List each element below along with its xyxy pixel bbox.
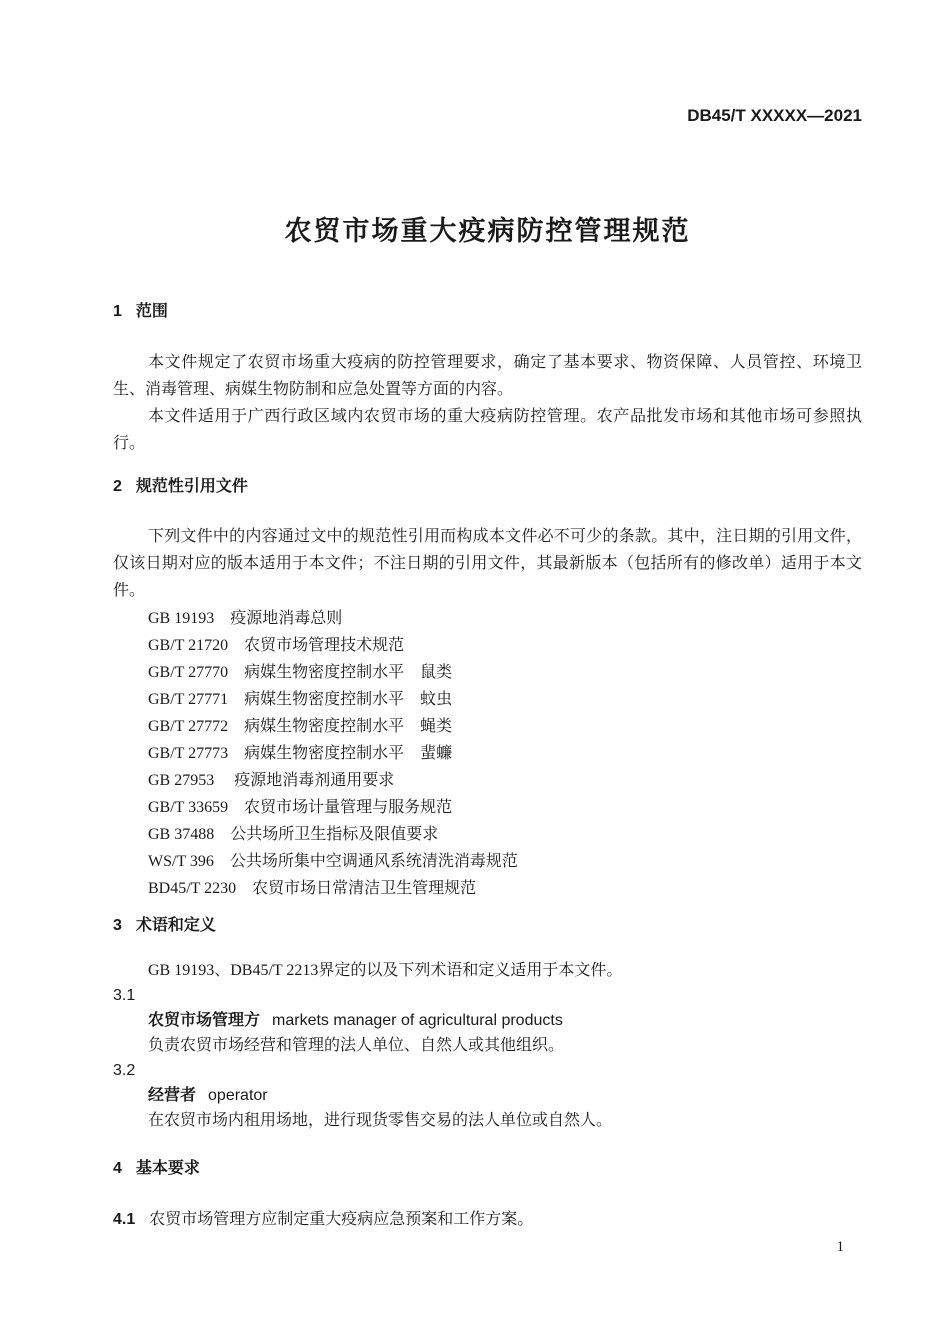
section-3-heading: 3术语和定义 bbox=[113, 915, 862, 937]
reference-item: GB/T 27770 病媒生物密度控制水平 鼠类 bbox=[113, 659, 862, 686]
normative-references-intro: 下列文件中的内容通过文中的规范性引用而构成本文件必不可少的条款。其中，注日期的引… bbox=[113, 523, 862, 604]
section-4-title: 基本要求 bbox=[136, 1160, 200, 1177]
term-number: 3.1 bbox=[113, 983, 862, 1008]
section-4-number: 4 bbox=[113, 1160, 122, 1177]
term-definition: 在农贸市场内租用场地，进行现货零售交易的法人单位或自然人。 bbox=[113, 1108, 862, 1133]
section-2-title: 规范性引用文件 bbox=[136, 478, 248, 495]
section-2-heading: 2规范性引用文件 bbox=[113, 476, 862, 498]
scope-paragraph-1: 本文件规定了农贸市场重大疫病的防控管理要求，确定了基本要求、物资保障、人员管控、… bbox=[113, 349, 862, 403]
reference-item: GB/T 27771 病媒生物密度控制水平 蚊虫 bbox=[113, 686, 862, 713]
term-name-en: markets manager of agricultural products bbox=[272, 1012, 563, 1029]
reference-item: GB/T 21720 农贸市场管理技术规范 bbox=[113, 632, 862, 659]
normative-references-list: GB 19193 疫源地消毒总则 GB/T 21720 农贸市场管理技术规范 G… bbox=[113, 605, 862, 902]
term-entry: 经营者operator bbox=[113, 1083, 862, 1108]
term-name-zh: 农贸市场管理方 bbox=[148, 1012, 260, 1029]
scope-paragraph-2: 本文件适用于广西行政区域内农贸市场的重大疫病防控管理。农产品批发市场和其他市场可… bbox=[113, 403, 862, 457]
section-2-number: 2 bbox=[113, 478, 122, 495]
clause-4-1: 4.1农贸市场管理方应制定重大疫病应急预案和工作方案。 bbox=[113, 1206, 862, 1233]
term-name-en: operator bbox=[208, 1087, 268, 1104]
section-1-number: 1 bbox=[113, 303, 122, 320]
reference-item: GB 19193 疫源地消毒总则 bbox=[113, 605, 862, 632]
section-1-heading: 1范围 bbox=[113, 301, 862, 323]
reference-item: WS/T 396 公共场所集中空调通风系统清洗消毒规范 bbox=[113, 848, 862, 875]
reference-item: GB/T 27773 病媒生物密度控制水平 蜚蠊 bbox=[113, 740, 862, 767]
term-entry: 农贸市场管理方markets manager of agricultural p… bbox=[113, 1008, 862, 1033]
section-4-heading: 4基本要求 bbox=[113, 1158, 862, 1180]
reference-item: GB/T 27772 病媒生物密度控制水平 蝇类 bbox=[113, 713, 862, 740]
standard-code: DB45/T XXXXX—2021 bbox=[113, 105, 862, 127]
terms-intro: GB 19193、DB45/T 2213界定的以及下列术语和定义适用于本文件。 bbox=[113, 958, 862, 983]
term-number: 3.2 bbox=[113, 1058, 862, 1083]
term-definition: 负责农贸市场经营和管理的法人单位、自然人或其他组织。 bbox=[113, 1033, 862, 1058]
page-number: 1 bbox=[837, 1236, 845, 1258]
document-page: DB45/T XXXXX—2021 农贸市场重大疫病防控管理规范 1范围 本文件… bbox=[0, 0, 950, 1344]
reference-item: GB/T 33659 农贸市场计量管理与服务规范 bbox=[113, 794, 862, 821]
reference-item: GB 27953 疫源地消毒剂通用要求 bbox=[113, 767, 862, 794]
section-3-number: 3 bbox=[113, 917, 122, 934]
section-1-title: 范围 bbox=[136, 303, 168, 320]
document-title: 农贸市场重大疫病防控管理规范 bbox=[113, 213, 862, 249]
reference-item: GB 37488 公共场所卫生指标及限值要求 bbox=[113, 821, 862, 848]
clause-number: 4.1 bbox=[113, 1211, 135, 1228]
reference-item: BD45/T 2230 农贸市场日常清洁卫生管理规范 bbox=[113, 875, 862, 902]
section-3-title: 术语和定义 bbox=[136, 917, 216, 934]
term-name-zh: 经营者 bbox=[148, 1087, 196, 1104]
clause-text: 农贸市场管理方应制定重大疫病应急预案和工作方案。 bbox=[149, 1211, 533, 1228]
document-content: DB45/T XXXXX—2021 农贸市场重大疫病防控管理规范 1范围 本文件… bbox=[0, 105, 950, 1233]
